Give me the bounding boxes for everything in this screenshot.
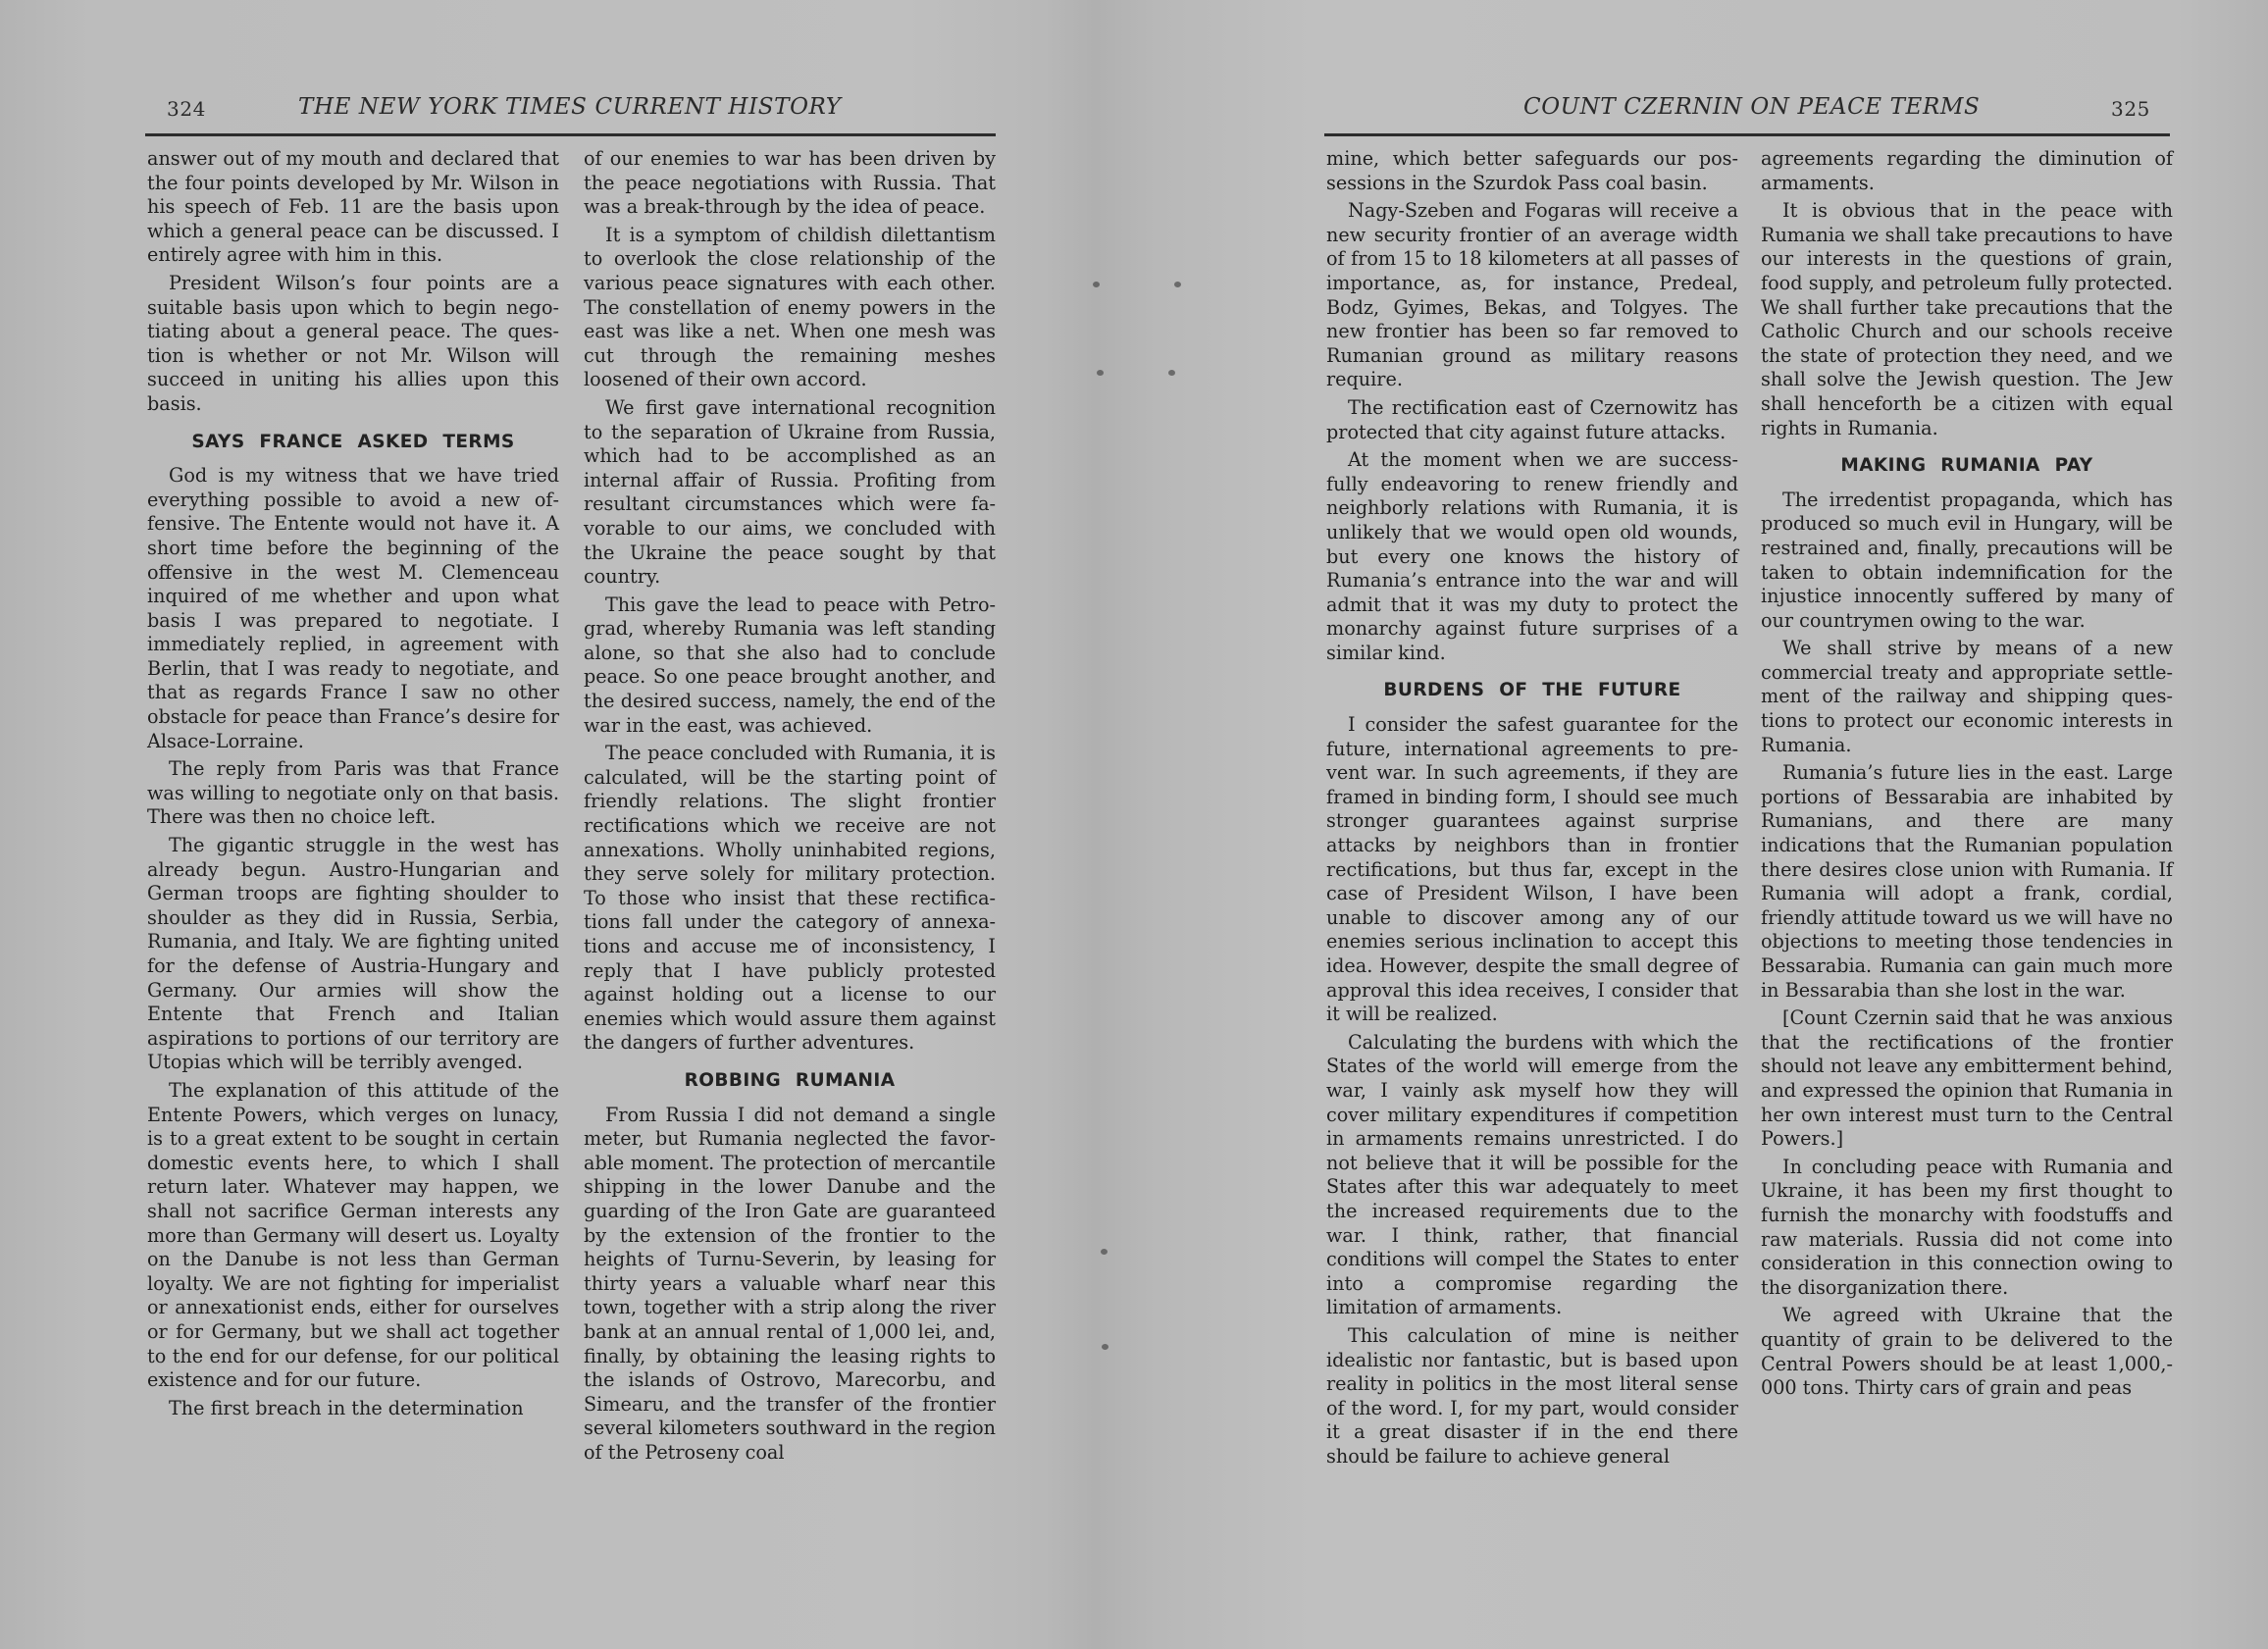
paragraph: In concluding peace with Rumania and Ukr… xyxy=(1761,1156,2173,1301)
text-column-2: of our enemies to war has been driven by… xyxy=(584,147,996,1465)
binding-hole-mark xyxy=(1174,282,1181,287)
paragraph: We agreed with Ukraine that the quantity… xyxy=(1761,1304,2173,1400)
paragraph: The irredentist propaganda, which has pr… xyxy=(1761,489,2173,634)
running-head-title: THE NEW YORK TIMES CURRENT HISTORY xyxy=(298,94,842,120)
paragraph: agreements regarding the diminution of a… xyxy=(1761,147,2173,195)
paragraph: We shall strive by means of a new commer… xyxy=(1761,637,2173,757)
binding-hole-mark xyxy=(1097,370,1104,376)
paragraph: President Wilson’s four points are a sui… xyxy=(147,272,559,417)
paragraph: It is obvious that in the peace with Rum… xyxy=(1761,199,2173,440)
section-heading: BURDENS OF THE FUTURE xyxy=(1326,679,1738,703)
paragraph: We first gave international recognition … xyxy=(584,396,996,590)
binding-hole-mark xyxy=(1102,1344,1108,1350)
text-column-3: mine, which better safeguards our pos­se… xyxy=(1326,147,1738,1469)
paragraph: The reply from Paris was that France was… xyxy=(147,757,559,830)
running-head: 324 THE NEW YORK TIMES CURRENT HISTORY xyxy=(145,94,996,128)
header-rule xyxy=(145,133,996,136)
running-head: COUNT CZERNIN ON PEACE TERMS 325 xyxy=(1324,94,2170,128)
paragraph: Calculating the burdens with which the S… xyxy=(1326,1031,1738,1320)
paragraph: At the moment when we are success­fully … xyxy=(1326,448,1738,665)
paragraph: The explanation of this attitude of the … xyxy=(147,1079,559,1393)
paragraph: God is my witness that we have tried eve… xyxy=(147,464,559,753)
paragraph: The gigantic struggle in the west has al… xyxy=(147,834,559,1075)
paragraph: Nagy-Szeben and Fogaras will receive a n… xyxy=(1326,199,1738,392)
paragraph: This gave the lead to peace with Petro­g… xyxy=(584,593,996,739)
section-heading: ROBBING RUMANIA xyxy=(584,1069,996,1094)
binding-hole-mark xyxy=(1093,282,1100,287)
paragraph: mine, which better safeguards our pos­se… xyxy=(1326,147,1738,195)
paragraph: Rumania’s future lies in the east. Large… xyxy=(1761,761,2173,1003)
binding-hole-mark xyxy=(1168,370,1175,376)
paragraph: This calculation of mine is neither idea… xyxy=(1326,1324,1738,1469)
header-rule xyxy=(1324,133,2170,136)
section-heading: SAYS FRANCE ASKED TERMS xyxy=(147,431,559,455)
right-page: COUNT CZERNIN ON PEACE TERMS 325 mine, w… xyxy=(1324,0,2170,1649)
text-column-1: answer out of my mouth and declared that… xyxy=(147,147,559,1420)
paragraph: The rectification east of Czernowitz has… xyxy=(1326,396,1738,444)
paragraph: [Count Czernin said that he was anx­ious… xyxy=(1761,1006,2173,1152)
paragraph: The first breach in the determination xyxy=(147,1397,559,1421)
paragraph: The peace concluded with Rumania, it is … xyxy=(584,742,996,1056)
paragraph: of our enemies to war has been driven by… xyxy=(584,147,996,220)
running-head-title: COUNT CZERNIN ON PEACE TERMS xyxy=(1523,94,1980,120)
paragraph: From Russia I did not demand a single me… xyxy=(584,1104,996,1466)
binding-hole-mark xyxy=(1101,1249,1108,1255)
page-number: 325 xyxy=(2111,97,2150,121)
page-number: 324 xyxy=(167,97,206,121)
paragraph: It is a symptom of childish dilettant­is… xyxy=(584,224,996,392)
paragraph: I consider the safest guarantee for the … xyxy=(1326,713,1738,1027)
section-heading: MAKING RUMANIA PAY xyxy=(1761,454,2173,479)
paragraph: answer out of my mouth and declared that… xyxy=(147,147,559,268)
text-column-4: agreements regarding the diminution of a… xyxy=(1761,147,2173,1401)
book-spread: 324 THE NEW YORK TIMES CURRENT HISTORY a… xyxy=(0,0,2268,1649)
left-page: 324 THE NEW YORK TIMES CURRENT HISTORY a… xyxy=(145,0,996,1649)
